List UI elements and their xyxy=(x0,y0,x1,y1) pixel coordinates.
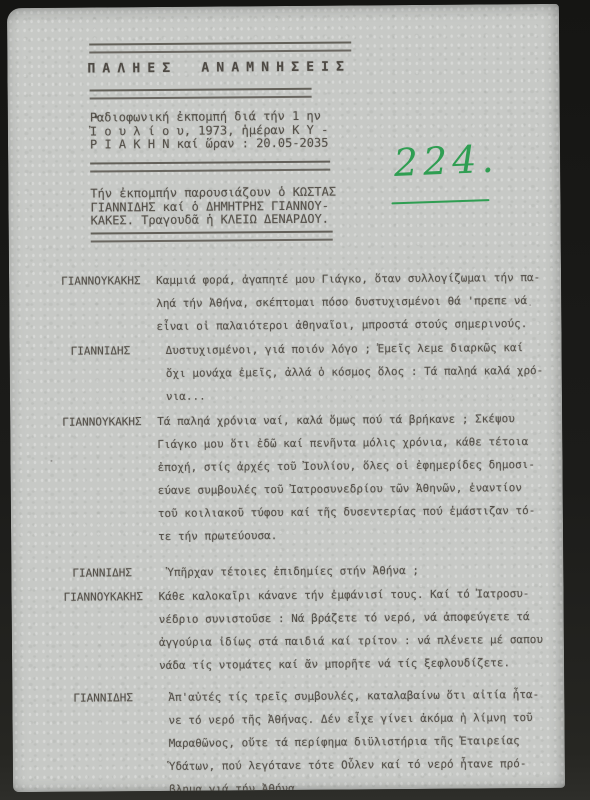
dialogue-lines: Ὑπῆρχαν τέτοιες ἐπιδημίες στήν Ἀθήνα ; xyxy=(167,558,565,584)
scan-background: { "ink": { "typewriter": "#55514a", "han… xyxy=(0,0,590,800)
speaker-label: ΓΙΑΝΝΙΔΗΣ xyxy=(62,339,166,363)
presenters-info: Τήν ἐκπομπήν παρουσιάζουν ὁ ΚΩΣΤΑΣ ΓΙΑΝΝ… xyxy=(90,186,336,228)
speaker-label: ΓΙΑΝΝΟΥΚΑΚΗΣ xyxy=(62,410,157,434)
speaker-label: ΓΙΑΝΝΟΥΚΑΚΗΣ xyxy=(61,269,156,293)
speaker-label: ΓΙΑΝΝΙΔΗΣ xyxy=(64,686,168,710)
dialogue-block: ΓΙΑΝΝΙΔΗΣ Δυστυχισμένοι, γιά ποιόν λόγο … xyxy=(10,336,563,409)
paper-speck xyxy=(50,460,52,462)
dialogue-block: ΓΙΑΝΝΙΔΗΣ Ὑπῆρχαν τέτοιες ἐπιδημίες στήν… xyxy=(11,558,563,585)
dialogue-lines: Ἀπ'αὐτές τίς τρεῖς συμβουλές, καταλαβαίν… xyxy=(168,683,565,792)
handwritten-underline xyxy=(391,199,489,204)
broadcast-info-line: Ρ Ι Α Κ Η Ν καί ὥραν : 20.05-2035 xyxy=(90,137,329,152)
double-rule-top xyxy=(89,41,351,53)
dialogue-block: ΓΙΑΝΝΙΔΗΣ Ἀπ'αὐτές τίς τρεῖς συμβουλές, … xyxy=(12,683,565,792)
dialogue-lines: Καμμιά φορά, ἀγαπητέ μου Γιάγκο, ὅταν συ… xyxy=(156,266,557,338)
presenters-info-line: ΚΑΚΕΣ. Τραγουδᾶ ἡ ΚΛΕΙΩ ΔΕΝΑΡΔΟΥ. xyxy=(91,213,337,228)
dialogue-block: ΓΙΑΝΝΟΥΚΑΚΗΣ Τά παληά χρόνια ναί, καλά ὅ… xyxy=(10,407,563,549)
speaker-label: ΓΙΑΝΝΙΔΗΣ xyxy=(63,561,167,585)
dialogue-lines: Τά παληά χρόνια ναί, καλά ὅμως πού τά βρ… xyxy=(157,407,558,548)
paper-speck xyxy=(529,304,531,306)
dialogue-block: ΓΙΑΝΝΟΥΚΑΚΗΣ Κάθε καλοκαῖρι κάνανε τήν ἐ… xyxy=(11,582,564,678)
ink-speck xyxy=(95,115,98,118)
speaker-label: ΓΙΑΝΝΟΥΚΑΚΗΣ xyxy=(63,585,158,609)
dialogue-block: ΓΙΑΝΝΟΥΚΑΚΗΣ Καμμιά φορά, ἀγαπητέ μου Γι… xyxy=(9,266,562,339)
double-rule-mid xyxy=(90,161,330,173)
handwritten-page-number: 224. xyxy=(385,136,507,185)
double-rule-under-title xyxy=(90,88,312,100)
document-page: ΠΑΛΗΕΣ ΑΝΑΜΝΗΣΕΙΣ Ραδιοφωνική ἐκπομπή δι… xyxy=(7,4,565,792)
dialogue-lines: Κάθε καλοκαῖρι κάνανε τήν ἐμφάνισί τους.… xyxy=(158,582,559,677)
dialogue-lines: Δυστυχισμένοι, γιά ποιόν λόγο ; Ἐμεῖς λε… xyxy=(166,336,566,408)
broadcast-info: Ραδιοφωνική ἐκπομπή διά τήν 1 ην Ἰ ο υ λ… xyxy=(90,110,329,152)
dialogue: ΓΙΑΝΝΟΥΚΑΚΗΣ Καμμιά φορά, ἀγαπητέ μου Γι… xyxy=(9,266,565,792)
double-rule-bottom xyxy=(91,231,333,243)
page-title: ΠΑΛΗΕΣ ΑΝΑΜΝΗΣΕΙΣ xyxy=(87,59,351,76)
